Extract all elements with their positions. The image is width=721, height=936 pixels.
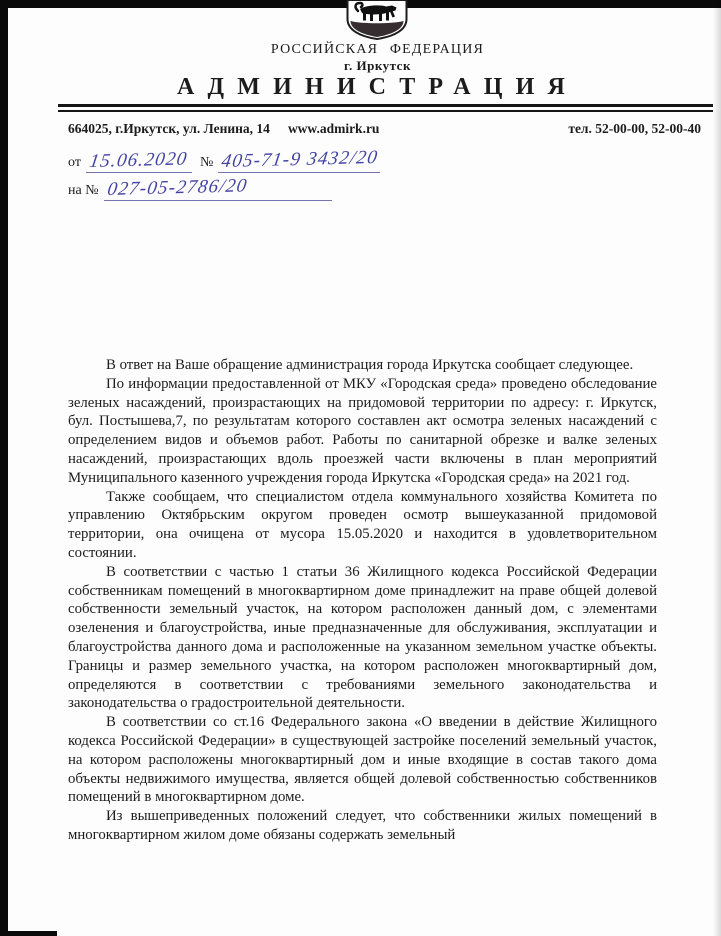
scan-edge-shadow-right [713,0,721,936]
body-paragraph: Также сообщаем, что специалистом отдела … [68,488,657,563]
outgoing-number-field: 405-71-9 3432/20 [218,152,380,173]
handwritten-outgoing-number: 405-71-9 3432/20 [220,148,380,172]
country-line: РОССИЙСКАЯ ФЕДЕРАЦИЯ [0,42,721,58]
postal-address: 664025, г.Иркутск, ул. Ленина, 14 [68,121,270,136]
body-paragraph: В ответ на Ваше обращение администрация … [68,356,657,375]
website: www.admirk.ru [288,121,380,136]
number-label: № [200,155,213,173]
scan-border-left [0,0,8,936]
scanned-letter-page: РОССИЙСКАЯ ФЕДЕРАЦИЯ г. Иркутск АДМИНИСТ… [0,0,721,936]
irkutsk-coat-of-arms-icon [346,0,408,40]
outgoing-reference-row: от 15.06.2020 № 405-71-9 3432/20 [68,152,488,173]
letterhead-double-rule [58,104,713,112]
organization-title: АДМИНИСТРАЦИЯ [0,74,721,101]
scan-border-bottom [0,931,57,936]
body-paragraph: В соответствии с частью 1 статьи 36 Жили… [68,563,657,713]
handwritten-incoming-number: 027-05-2786/20 [106,176,249,200]
city-line: г. Иркутск [0,58,721,74]
outgoing-date-field: 15.06.2020 [86,152,192,173]
reference-block: от 15.06.2020 № 405-71-9 3432/20 на № 02… [68,152,488,208]
letter-body: В ответ на Ваше обращение администрация … [68,356,657,845]
handwritten-outgoing-date: 15.06.2020 [88,149,189,172]
contact-row: 664025, г.Иркутск, ул. Ленина, 14www.adm… [68,121,701,137]
incoming-reference-row: на № 027-05-2786/20 [68,180,488,201]
phone-numbers: тел. 52-00-00, 52-00-40 [568,121,701,137]
body-paragraph: В соответствии со ст.16 Федерального зак… [68,713,657,807]
reply-to-label: на № [68,183,99,201]
incoming-number-field: 027-05-2786/20 [104,180,332,201]
body-paragraph: Из вышеприведенных положений следует, чт… [68,807,657,845]
from-label: от [68,155,81,173]
address-and-website: 664025, г.Иркутск, ул. Ленина, 14www.adm… [68,121,379,137]
body-paragraph: По информации предоставленной от МКУ «Го… [68,375,657,488]
